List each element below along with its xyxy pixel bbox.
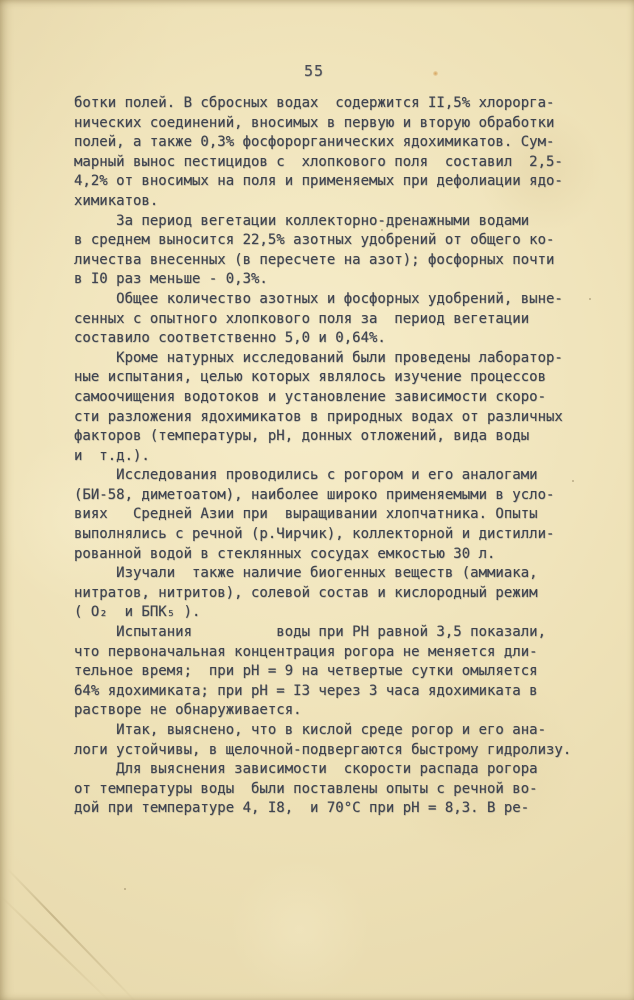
paragraph-1-line-4: марный вынос пестицидов с хлопковогo пол…	[74, 153, 614, 173]
page-number: 55	[74, 62, 554, 80]
paper-speck	[124, 888, 126, 890]
paragraph-5-line-4: выполнялись с речной (р.Чирчик), коллект…	[74, 525, 614, 545]
paragraph-8-line-1: Итак, выяснено, что в кислой среде рогор…	[74, 721, 614, 741]
paragraph-4-line-6: и т.д.).	[74, 447, 614, 467]
paragraph-2-line-4: в I0 раз меньше - 0,3%.	[74, 270, 614, 290]
paragraph-8-line-2: логи устойчивы, в щелочной-подвергаются …	[74, 741, 614, 761]
text-block: ботки полей. В сбросных водах содержится…	[74, 94, 614, 819]
paragraph-5-line-3: виях Средней Азии при выращивании хлопча…	[74, 505, 614, 525]
paragraph-9-line-1: Для выяснения зависимости скорости распа…	[74, 760, 614, 780]
paragraph-1-line-3: полей, а также 0,3% фосфорорганических я…	[74, 133, 614, 153]
paragraph-6-line-3: ( О₂ и БПК₅ ).	[74, 603, 614, 623]
paragraph-1-line-2: нических соединений, вносимых в первую и…	[74, 114, 614, 134]
paragraph-6-line-2: нитратов, нитритов), солевой состав и ки…	[74, 584, 614, 604]
paragraph-5-line-2: (БИ-58, диметоатом), наиболее широко при…	[74, 486, 614, 506]
paragraph-7-line-5: растворе не обнаруживается.	[74, 701, 614, 721]
paragraph-3-line-2: сенных с опытного хлопкового поля за пер…	[74, 310, 614, 330]
paragraph-7-line-1: Испытания воды при РН равной 3,5 показал…	[74, 623, 614, 643]
paragraph-1-line-1: ботки полей. В сбросных водах содержится…	[74, 94, 614, 114]
paragraph-4-line-1: Кроме натурных исследований были проведе…	[74, 349, 614, 369]
paragraph-5-line-1: Исследования проводились с рогором и его…	[74, 466, 614, 486]
paragraph-2-line-3: личества внесенных (в пересчете на азот)…	[74, 251, 614, 271]
paragraph-2-line-2: в среднем выносится 22,5% азотных удобре…	[74, 231, 614, 251]
paragraph-5-line-5: рованной водой в стеклянных сосудах емко…	[74, 545, 614, 565]
paragraph-6-line-1: Изучали также наличие биогенных веществ …	[74, 564, 614, 584]
paragraph-9-line-2: от температуры воды были поставлены опыт…	[74, 780, 614, 800]
paragraph-4-line-3: самоочищения водотоков и установление за…	[74, 388, 614, 408]
paragraph-9-line-3: дой при температуре 4, I8, и 70°С при рН…	[74, 799, 614, 819]
paragraph-3-line-3: составило соответственно 5,0 и 0,64%.	[74, 329, 614, 349]
document-page: 55 ботки полей. В сбросных водах содержи…	[0, 0, 634, 1000]
paragraph-2-line-1: За период вегетации коллекторно-дренажны…	[74, 212, 614, 232]
paragraph-3-line-1: Общее количество азотных и фосфорных удо…	[74, 290, 614, 310]
paper-crease-secondary	[1, 896, 110, 1000]
paragraph-1-line-6: химикатов.	[74, 192, 614, 212]
paragraph-4-line-5: факторов (температуры, рН, донных отложе…	[74, 427, 614, 447]
paragraph-7-line-4: 64% ядохимиката; при рН = I3 через 3 час…	[74, 682, 614, 702]
paragraph-7-line-2: что первоначальная концентрация рогора н…	[74, 643, 614, 663]
paragraph-4-line-2: ные испытания, целью которых являлось из…	[74, 368, 614, 388]
paper-crease	[7, 868, 137, 1000]
paragraph-4-line-4: сти разложения ядохимикатов в природных …	[74, 408, 614, 428]
paragraph-1-line-5: 4,2% от вносимых на поля и применяемых п…	[74, 172, 614, 192]
paragraph-7-line-3: тельное время; при рН = 9 на четвертые с…	[74, 662, 614, 682]
